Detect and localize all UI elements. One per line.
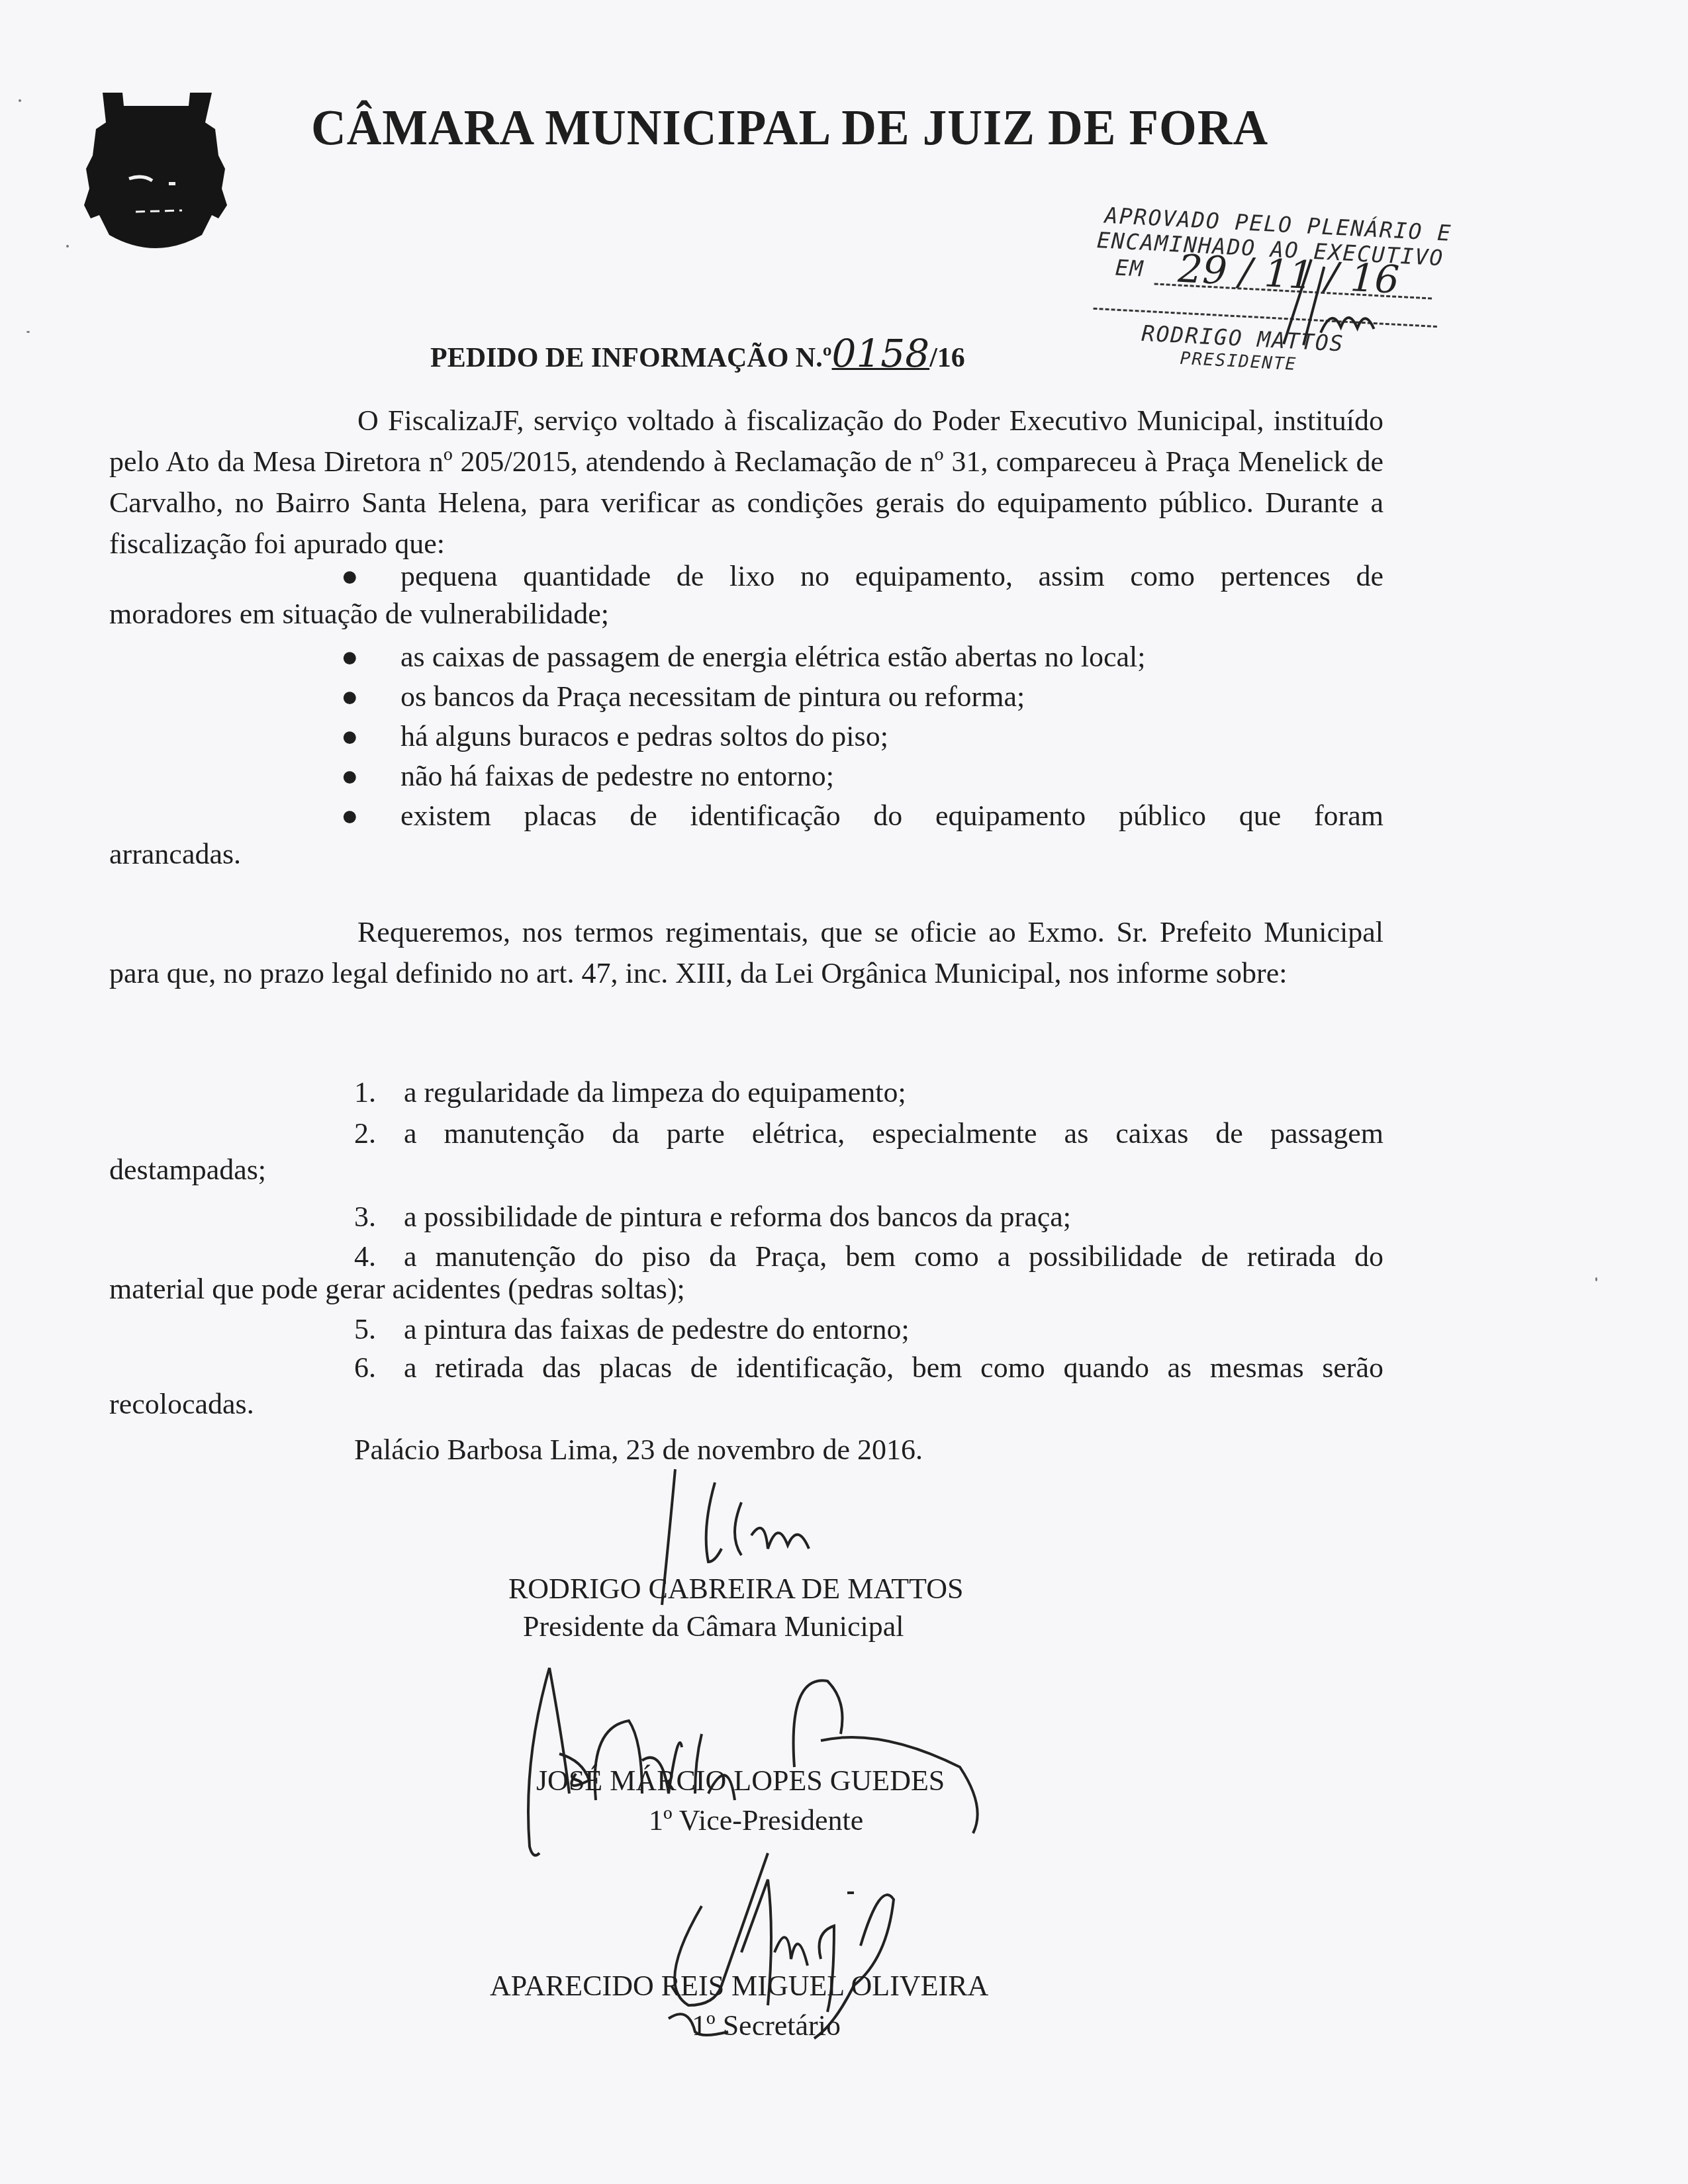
signatory-name: JOSÉ MÁRCIO LOPES GUEDES [536,1764,945,1797]
request-item: 4. a manutenção do piso da Praça, bem co… [109,1236,1383,1277]
signatory-name: APARECIDO REIS MIGUEL OLIVEIRA [490,1969,988,2003]
finding-item: ● pequena quantidade de lixo no equipame… [109,556,1383,597]
finding-item: ● não há faixas de pedestre no entorno; [109,756,1383,797]
request-item: 2. a manutenção da parte elétrica, espec… [109,1113,1383,1154]
title-prefix: PEDIDO DE INFORMAÇÃO N.º [430,343,832,373]
place-and-date: Palácio Barbosa Lima, 23 de novembro de … [354,1433,923,1467]
approval-stamp: APROVADO PELO PLENÁRIO E ENCAMINHADO AO … [1090,202,1482,394]
institution-heading: CÂMARA MUNICIPAL DE JUIZ DE FORA [311,99,1353,157]
request-item: 3. a possibilidade de pintura e reforma … [109,1197,1383,1238]
signatory-name: RODRIGO CABREIRA DE MATTOS [508,1572,963,1606]
request-continuation: material que pode gerar acidentes (pedra… [109,1272,685,1306]
document-title: PEDIDO DE INFORMAÇÃO N.º0158/16 [430,331,965,376]
request-continuation: destampadas; [109,1153,266,1187]
signatory-role: Presidente da Câmara Municipal [523,1610,904,1643]
finding-item: ● há alguns buracos e pedras soltos do p… [109,716,1383,757]
finding-item: ● as caixas de passagem de energia elétr… [109,637,1383,678]
intro-paragraph: O FiscalizaJF, serviço voltado à fiscali… [109,400,1383,565]
scan-speck [19,99,21,102]
request-continuation: recolocadas. [109,1387,254,1421]
scan-speck [26,331,30,333]
signatory-role: 1º Vice-Presidente [649,1803,863,1837]
bullet-icon: ● [341,756,359,797]
stamp-signature-icon [1257,250,1395,356]
finding-item: ● existem placas de identificação do equ… [109,796,1383,837]
bullet-icon: ● [341,796,359,837]
finding-continuation: moradores em situação de vulnerabilidade… [109,597,609,631]
scan-speck [1595,1277,1597,1281]
stamp-line-3: EM [1115,254,1145,281]
bullet-icon: ● [341,716,359,757]
request-item: 5. a pintura das faixas de pedestre do e… [109,1309,1383,1350]
request-paragraph: Requeremos, nos termos regimentais, que … [109,912,1383,994]
scan-speck [66,245,69,248]
bullet-icon: ● [341,637,359,678]
title-suffix: /16 [929,343,965,373]
request-item: 6. a retirada das placas de identificaçã… [109,1347,1383,1388]
request-item: 1. a regularidade da limpeza do equipame… [109,1072,1383,1113]
handwritten-number: 0158 [832,331,930,376]
finding-continuation: arrancadas. [109,837,241,871]
bullet-icon: ● [341,676,359,717]
signatory-role: 1º Secretário [692,2009,841,2042]
finding-item: ● os bancos da Praça necessitam de pintu… [109,676,1383,717]
bullet-icon: ● [341,556,359,597]
coat-of-arms-icon [83,89,228,255]
